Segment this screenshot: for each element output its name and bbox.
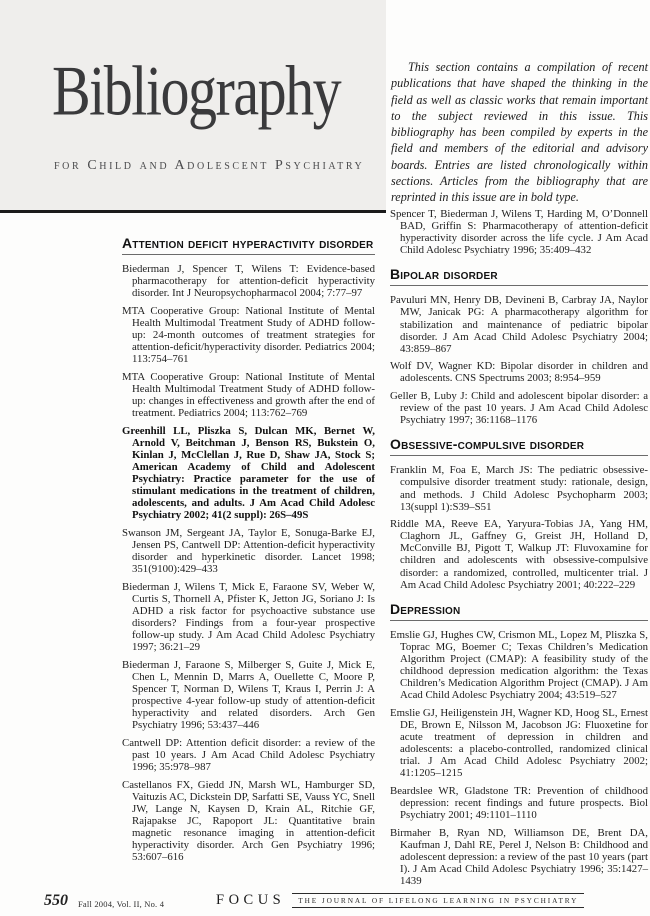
section-heading: Bipolar disorder — [390, 267, 648, 286]
journal-tagline: THE JOURNAL OF LIFELONG LEARNING IN PSYC… — [292, 893, 584, 908]
page-subtitle: for Child and Adolescent Psychiatry — [54, 158, 364, 174]
issue-info: Fall 2004, Vol. II, No. 4 — [78, 899, 164, 909]
bibliography-entry: Spencer T, Biederman J, Wilens T, Hardin… — [390, 208, 648, 256]
section-heading: Depression — [390, 602, 648, 621]
page-title: Bibliography — [52, 50, 340, 132]
bibliography-entry: Biederman J, Faraone S, Milberger S, Gui… — [122, 659, 375, 732]
bibliography-entry: Franklin M, Foa E, March JS: The pediatr… — [390, 464, 648, 512]
intro-paragraph: This section contains a compilation of r… — [391, 59, 648, 206]
bibliography-entry: Biederman J, Spencer T, Wilens T: Eviden… — [122, 263, 375, 299]
bibliography-entry: Greenhill LL, Pliszka S, Dulcan MK, Bern… — [122, 425, 375, 522]
bibliography-entry: Riddle MA, Reeve EA, Yaryura-Tobias JA, … — [390, 518, 648, 591]
bibliography-entry: Pavuluri MN, Henry DB, Devineni B, Carbr… — [390, 294, 648, 354]
section-heading: Attention deficit hyperactivity disorder — [122, 236, 375, 255]
column-left: Attention deficit hyperactivity disorder… — [122, 236, 375, 869]
bibliography-entry: MTA Cooperative Group: National Institut… — [122, 305, 375, 365]
bibliography-entry: Emslie GJ, Heiligenstein JH, Wagner KD, … — [390, 707, 648, 780]
bibliography-entry: Swanson JM, Sergeant JA, Taylor E, Sonug… — [122, 527, 375, 575]
journal-logo-block: FOCUS THE JOURNAL OF LIFELONG LEARNING I… — [216, 892, 584, 909]
column-right: Spencer T, Biederman J, Wilens T, Hardin… — [390, 208, 648, 893]
masthead: Bibliography for Child and Adolescent Ps… — [0, 0, 386, 213]
bibliography-entry: Cantwell DP: Attention deficit disorder:… — [122, 737, 375, 773]
bibliography-entry: Wolf DV, Wagner KD: Bipolar disorder in … — [390, 360, 648, 384]
bibliography-entry: Birmaher B, Ryan ND, Williamson DE, Bren… — [390, 827, 648, 887]
page-footer: 550 Fall 2004, Vol. II, No. 4 FOCUS THE … — [0, 889, 650, 916]
bibliography-entry: Biederman J, Wilens T, Mick E, Faraone S… — [122, 581, 375, 654]
bibliography-entry: MTA Cooperative Group: National Institut… — [122, 371, 375, 419]
page-number: 550 — [44, 892, 68, 910]
bibliography-entry: Castellanos FX, Giedd JN, Marsh WL, Hamb… — [122, 779, 375, 864]
bibliography-entry: Emslie GJ, Hughes CW, Crismon ML, Lopez … — [390, 629, 648, 702]
journal-page: Bibliography for Child and Adolescent Ps… — [0, 0, 650, 916]
bibliography-entry: Geller B, Luby J: Child and adolescent b… — [390, 390, 648, 426]
bibliography-entry: Beardslee WR, Gladstone TR: Prevention o… — [390, 785, 648, 821]
section-heading: Obsessive-compulsive disorder — [390, 437, 648, 456]
journal-name: FOCUS — [216, 892, 285, 909]
